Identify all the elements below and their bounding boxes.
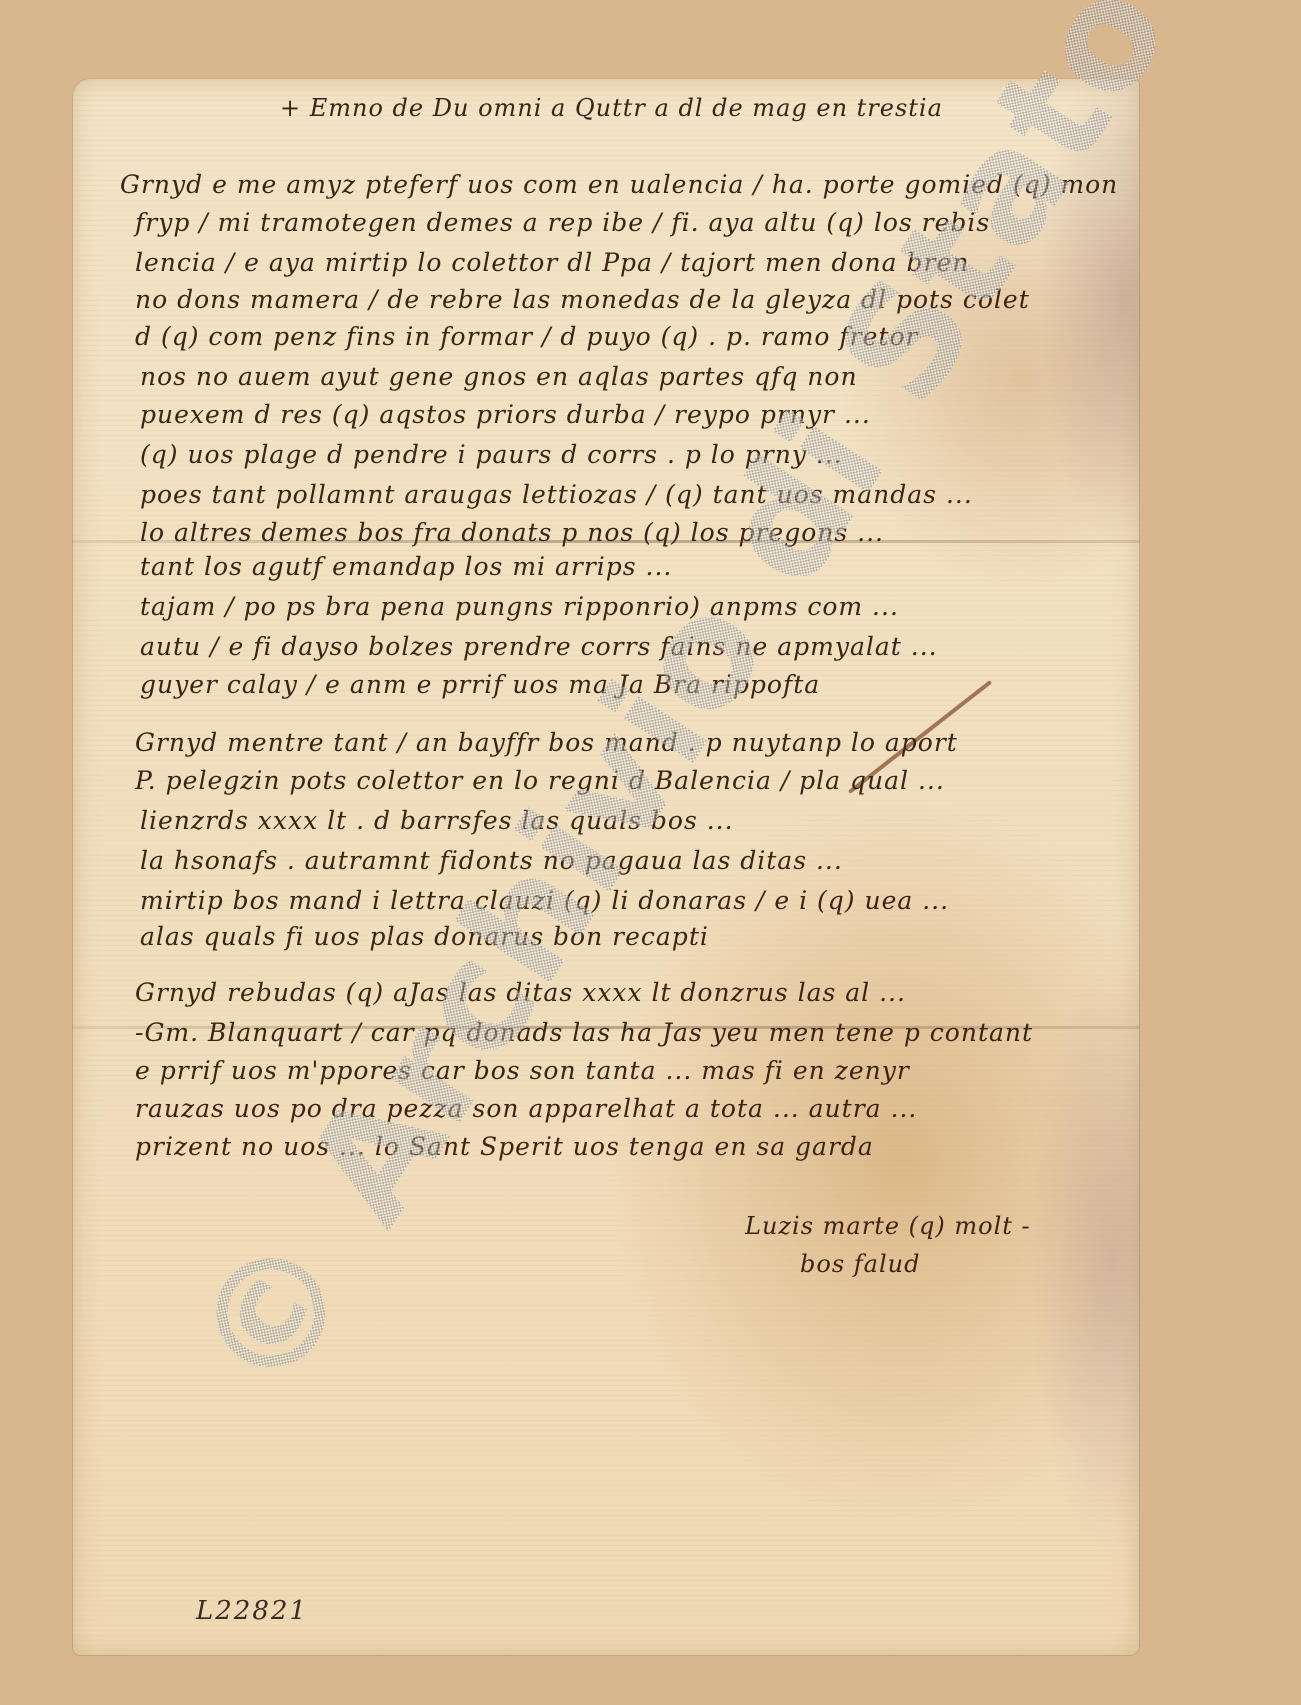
letter-heading: + Emno de Du omni a Quttr a dl de mag en… (280, 94, 943, 122)
text-line: rauzas uos po dra pezza son apparelhat a… (135, 1094, 917, 1123)
text-line: autu / e fi dayso bolzes prendre corrs f… (140, 632, 938, 661)
text-line: -Gm. Blanquart / car pq donads las ha Ja… (135, 1018, 1033, 1047)
text-line: fryp / mi tramotegen demes a rep ibe / f… (135, 208, 990, 237)
text-line: nos no auem ayut gene gnos en aqlas part… (140, 362, 858, 391)
text-line: lencia / e aya mirtip lo colettor dl Ppa… (135, 248, 969, 277)
shelfmark-number: L22821 (196, 1596, 308, 1626)
text-line: prizent no uos ... lo Sant Sperit uos te… (135, 1132, 874, 1161)
signature-line-1: Luzis marte (q) molt - (745, 1212, 1031, 1240)
signature-line-2: bos falud (800, 1250, 920, 1278)
text-line: tant los agutf emandap los mi arrips ... (140, 552, 672, 581)
